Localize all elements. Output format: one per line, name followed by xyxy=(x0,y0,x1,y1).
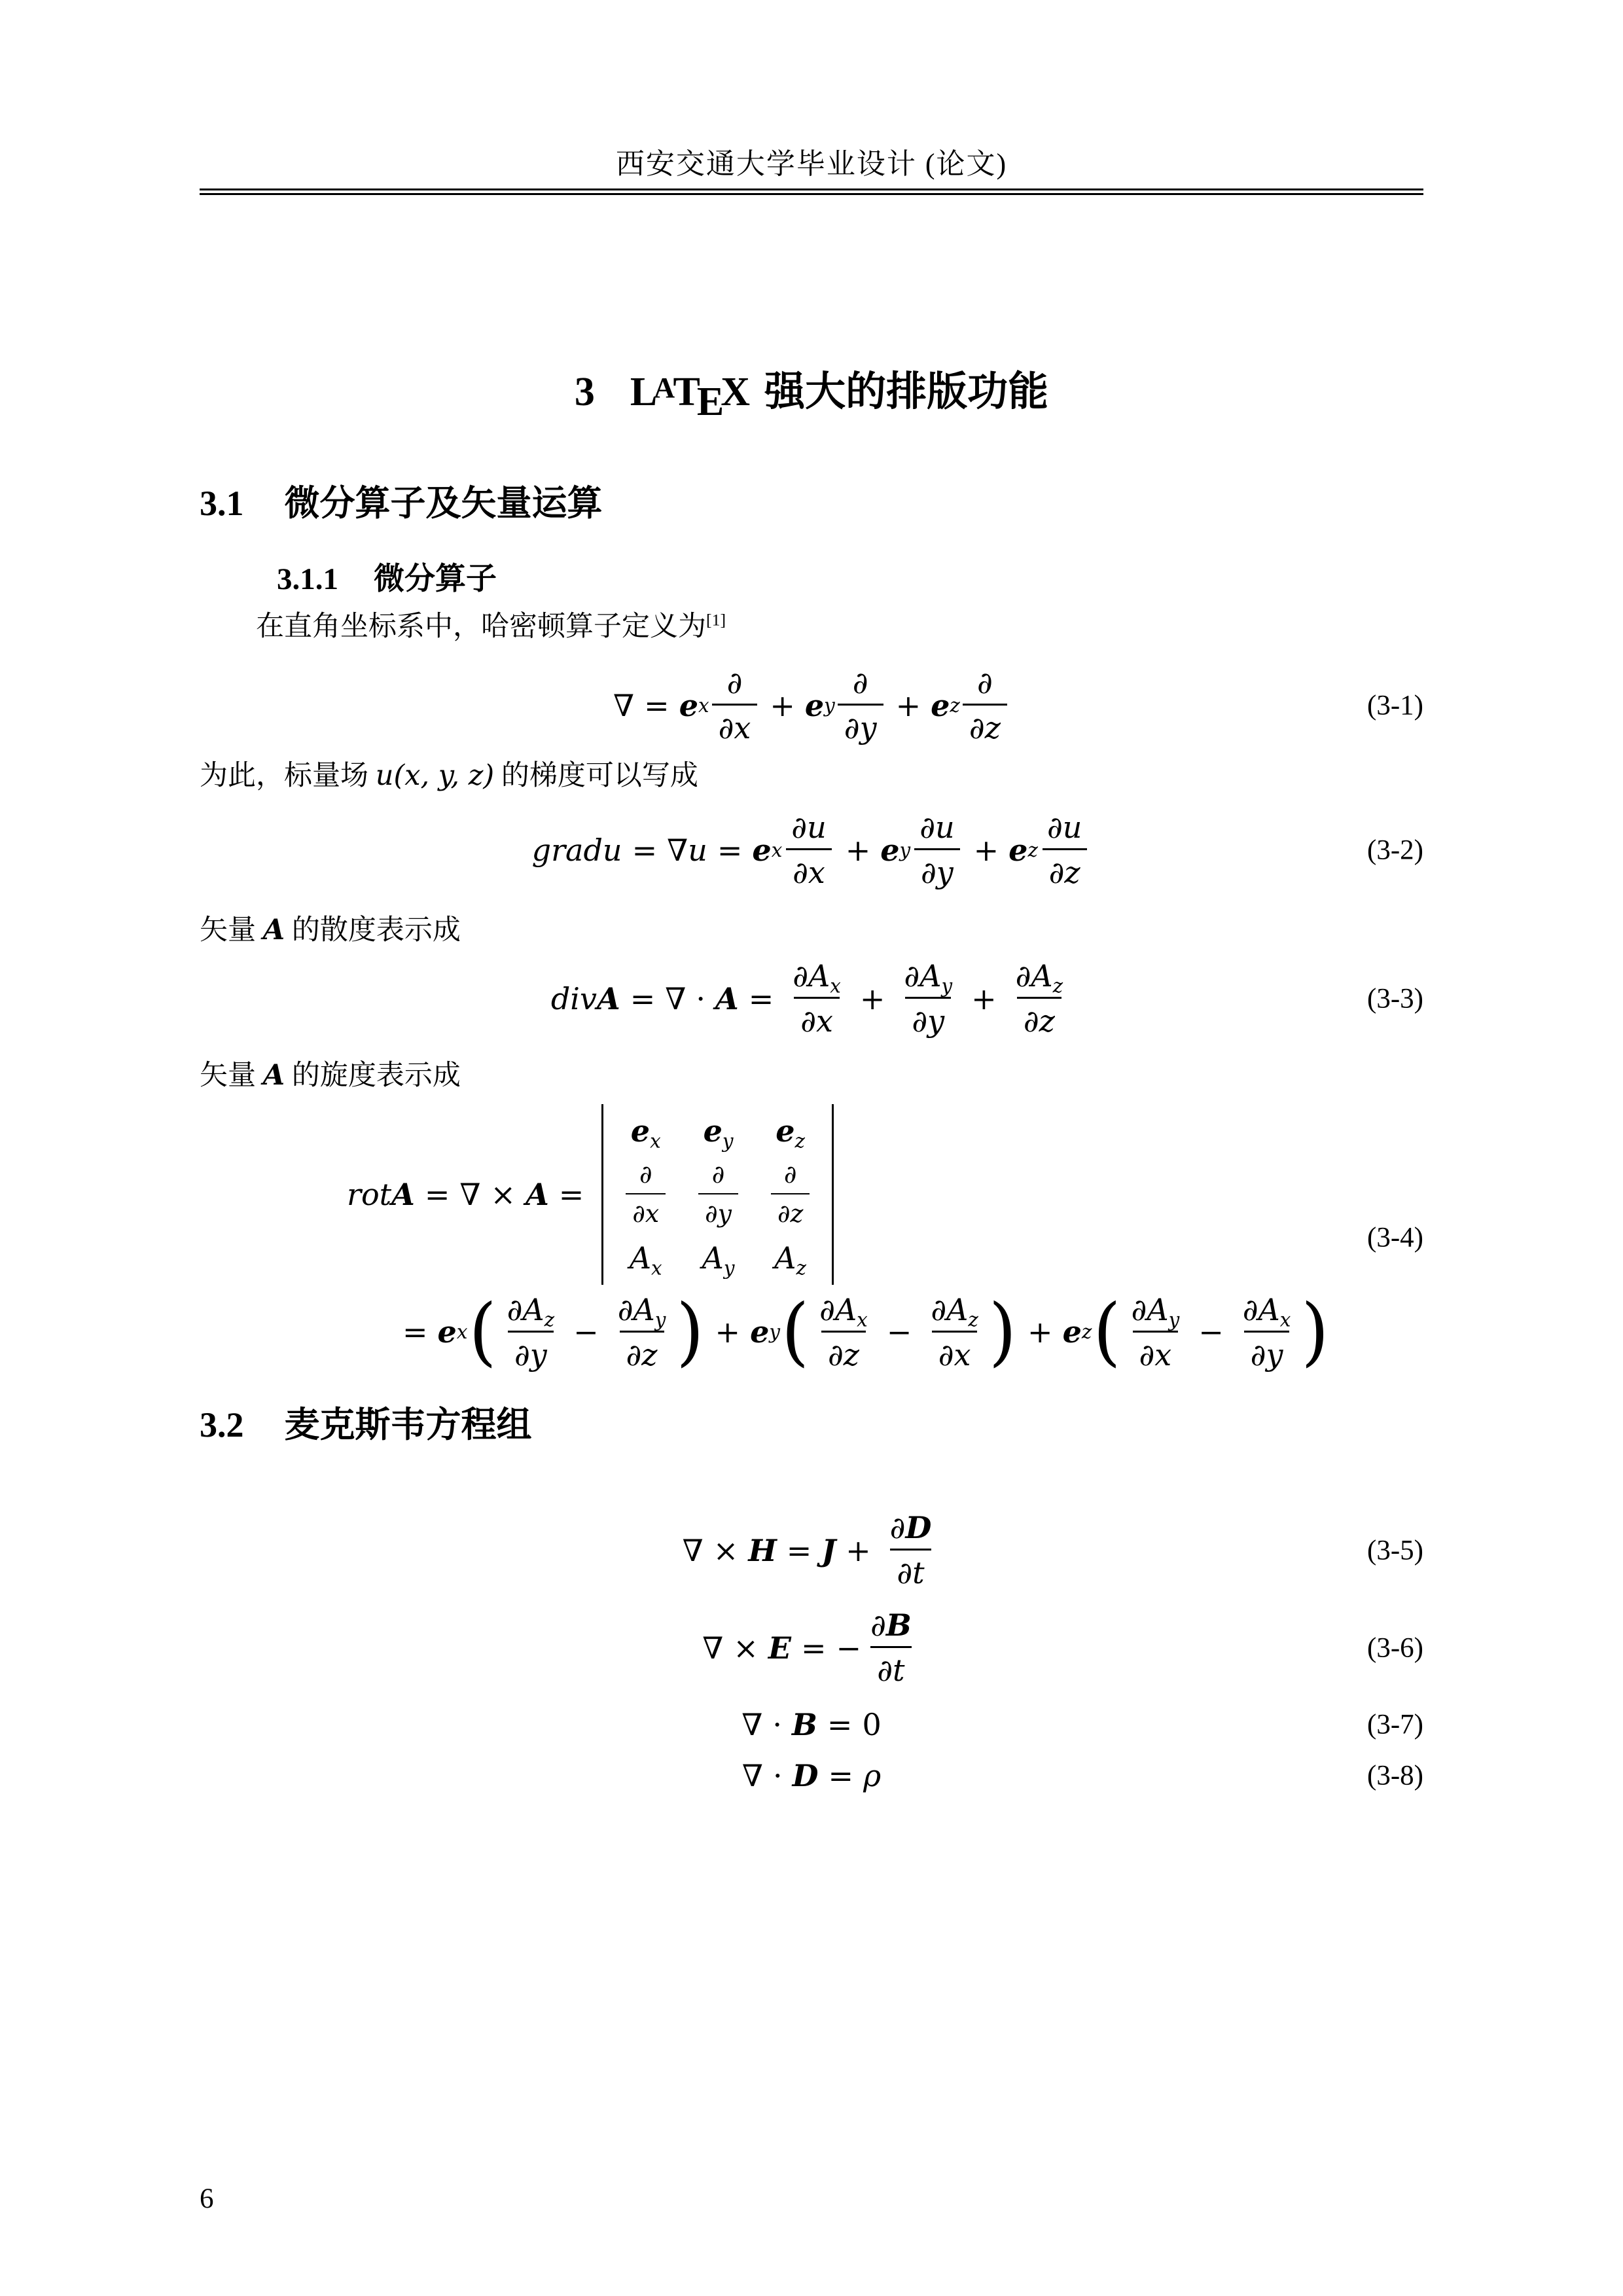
plus-sign: + xyxy=(961,981,1007,1016)
numerator: ∂D xyxy=(883,1512,938,1549)
header-double-rule xyxy=(200,188,1423,195)
div-operator: div xyxy=(551,981,597,1016)
numerator: ∂ xyxy=(971,667,999,704)
subscript: x xyxy=(650,1130,661,1153)
plus-sign: + xyxy=(760,688,805,723)
nabla-symbol: ∇ xyxy=(683,1533,704,1568)
paragraph-text: 的旋度表示成 xyxy=(285,1060,461,1091)
partial-A: ∂A xyxy=(618,1292,655,1327)
paragraph-text: 的散度表示成 xyxy=(285,915,461,946)
fraction: ∂B∂t xyxy=(864,1609,918,1687)
fraction: ∂u∂z xyxy=(1041,812,1088,889)
denominator: ∂z xyxy=(1017,997,1061,1037)
denominator: ∂x xyxy=(786,848,832,888)
cross-operator: × xyxy=(481,1177,526,1212)
latex-logo-letter: A xyxy=(654,371,675,404)
matrix-cell: ez xyxy=(776,1113,805,1149)
determinant-matrix: ex ey ez ∂∂x ∂∂y ∂∂z Ax Ay Az xyxy=(601,1104,834,1284)
fraction: ∂∂z xyxy=(963,667,1007,744)
nabla-u: ∇u xyxy=(667,833,707,868)
numerator: ∂ xyxy=(705,1162,732,1193)
plus-sign: + xyxy=(1018,1314,1063,1350)
equals-sign: = xyxy=(791,1630,836,1666)
denominator: ∂t xyxy=(890,1549,931,1588)
subscript: x xyxy=(857,1308,868,1331)
fraction: ∂Ax∂z xyxy=(813,1294,874,1371)
vector-e: e xyxy=(776,1113,794,1149)
subsection-number: 3.1.1 xyxy=(277,562,338,596)
denominator: ∂x xyxy=(932,1331,978,1371)
equation-3-8: ∇·D=ρ (3-8) xyxy=(200,1755,1423,1797)
nabla-symbol: ∇ xyxy=(702,1630,723,1666)
fraction: ∂Ax∂y xyxy=(1236,1294,1298,1371)
subscript: y xyxy=(724,1257,735,1279)
paragraph-text: 为此，标量场 xyxy=(200,761,376,791)
vector-J: J xyxy=(821,1533,836,1568)
matrix-cell-fraction: ∂∂y xyxy=(698,1162,738,1227)
section-3-1-heading: 3.1微分算子及矢量运算 xyxy=(200,475,1423,526)
matrix-cell: ex xyxy=(631,1113,661,1149)
denominator: ∂z xyxy=(771,1193,810,1227)
matrix-cell: Ay xyxy=(702,1240,735,1276)
vector-e: e xyxy=(931,688,950,723)
equation-number: (3-3) xyxy=(1367,982,1423,1014)
denominator: ∂z xyxy=(963,704,1007,744)
fraction: ∂Az∂y xyxy=(501,1294,562,1371)
equation-3-3: divA=∇·A=∂Ax∂x+∂Ay∂y+∂Az∂z (3-3) xyxy=(200,953,1423,1045)
fraction: ∂u∂y xyxy=(913,812,961,889)
equation-number: (3-5) xyxy=(1367,1534,1423,1566)
equation-number: (3-4) xyxy=(1367,1221,1423,1253)
numerator: ∂Az xyxy=(501,1294,562,1331)
equation-3-4-line-1: rotA=∇×A= ex ey ez ∂∂x ∂∂y ∂∂z Ax Ay Az xyxy=(347,1104,1423,1284)
plus-sign: + xyxy=(964,833,1009,868)
fraction: ∂Ay∂y xyxy=(897,960,959,1037)
vector-A: A xyxy=(715,981,739,1016)
equation-3-6: ∇×E=−∂B∂t (3-6) xyxy=(200,1604,1423,1692)
numerator: ∂Ax xyxy=(786,960,847,997)
equation-number: (3-8) xyxy=(1367,1760,1423,1792)
vector-A: A xyxy=(597,981,620,1016)
numerator: ∂Az xyxy=(924,1294,985,1331)
subsection-3-1-1-heading: 3.1.1微分算子 xyxy=(277,554,1423,598)
partial-A: ∂A xyxy=(1243,1292,1280,1327)
partial-A: ∂A xyxy=(1016,958,1053,994)
vector-E: E xyxy=(768,1630,791,1666)
denominator: ∂z xyxy=(1043,848,1087,888)
dot-operator: · xyxy=(686,981,715,1016)
matrix-cell: ey xyxy=(704,1113,734,1149)
fraction: ∂u∂x xyxy=(785,812,832,889)
vector-e: e xyxy=(704,1113,722,1149)
equation-3-4: rotA=∇×A= ex ey ez ∂∂x ∂∂y ∂∂z Ax Ay Az … xyxy=(200,1104,1423,1371)
fraction: ∂∂y xyxy=(838,667,883,744)
subsection-title: 微分算子 xyxy=(374,562,497,596)
equation-3-4-line-2: =ex(∂Az∂y−∂Ay∂z)+ey(∂Ax∂z−∂Az∂x)+ez(∂Ay∂… xyxy=(393,1294,1423,1371)
latex-logo-letter: X xyxy=(721,370,750,414)
vector-e: e xyxy=(805,688,824,723)
vector-D: D xyxy=(793,1758,819,1793)
denominator: ∂z xyxy=(821,1331,866,1371)
nabla-symbol: ∇ xyxy=(665,981,686,1016)
equals-sign: = xyxy=(817,1707,863,1742)
equation-3-7: ∇·B=0 (3-7) xyxy=(200,1704,1423,1746)
equals-sign: = xyxy=(393,1314,438,1350)
numerator: ∂Ax xyxy=(1236,1294,1298,1331)
subscript: z xyxy=(968,1308,978,1331)
page-number: 6 xyxy=(200,2183,214,2215)
minus-sign: − xyxy=(1188,1314,1234,1350)
partial-symbol: ∂ xyxy=(890,1510,906,1545)
equation-3-1: ∇=ex∂∂x+ey∂∂y+ez∂∂z (3-1) xyxy=(200,660,1423,751)
cross-operator: × xyxy=(704,1533,749,1568)
equals-sign: = xyxy=(415,1177,460,1212)
subscript: z xyxy=(1053,975,1063,997)
plus-sign: + xyxy=(836,833,881,868)
subscript: z xyxy=(795,1130,806,1153)
numerator: ∂Ay xyxy=(611,1294,673,1331)
vector-e: e xyxy=(679,688,698,723)
fraction: ∂Ay∂x xyxy=(1125,1294,1186,1371)
vector-e: e xyxy=(631,1113,650,1149)
denominator: ∂y xyxy=(838,704,883,744)
denominator: ∂y xyxy=(914,848,960,888)
section-3-2-heading: 3.2麦克斯韦方程组 xyxy=(200,1397,1423,1447)
subscript: y xyxy=(1169,1308,1180,1331)
paragraph-curl-intro: 矢量 A 的旋度表示成 xyxy=(200,1058,1423,1094)
vector-D: D xyxy=(905,1510,931,1545)
equals-sign: = xyxy=(777,1533,822,1568)
citation-marker: [1] xyxy=(706,611,726,630)
partial-A: ∂A xyxy=(507,1292,544,1327)
component-A: A xyxy=(702,1240,724,1276)
fraction: ∂Az∂x xyxy=(924,1294,985,1371)
paragraph-divergence-intro: 矢量 A 的散度表示成 xyxy=(200,912,1423,949)
equation-3-5: ∇×H=J+∂D∂t (3-5) xyxy=(200,1506,1423,1594)
equals-sign: = xyxy=(819,1758,864,1793)
dot-operator: · xyxy=(763,1758,793,1793)
section-title: 麦克斯韦方程组 xyxy=(285,1405,532,1444)
vector-e: e xyxy=(750,1314,769,1350)
subscript: y xyxy=(722,1130,734,1153)
grad-operator: gradu xyxy=(532,833,622,868)
paragraph-text: 在直角坐标系中，哈密顿算子定义为 xyxy=(256,611,706,642)
numerator: ∂B xyxy=(864,1609,918,1646)
vector-A: A xyxy=(391,1177,415,1212)
matrix-cell: Ax xyxy=(630,1240,662,1276)
denominator: ∂z xyxy=(620,1331,664,1371)
cross-operator: × xyxy=(723,1630,768,1666)
partial-symbol: ∂ xyxy=(870,1607,886,1643)
rot-operator: rot xyxy=(347,1177,391,1212)
nabla-symbol: ∇ xyxy=(613,688,634,723)
vector-e: e xyxy=(752,833,771,868)
matrix-cell-fraction: ∂∂x xyxy=(626,1162,666,1227)
numerator: ∂Ay xyxy=(1125,1294,1186,1331)
numerator: ∂Ax xyxy=(813,1294,874,1331)
paragraph-text: 矢量 xyxy=(200,915,263,946)
chapter-heading: 3LATEX强大的排版功能 xyxy=(200,359,1423,425)
inline-math-vector-A: A xyxy=(263,914,285,946)
latex-logo-letter: T xyxy=(673,370,700,414)
fraction: ∂Ax∂x xyxy=(786,960,847,1037)
plus-sign: + xyxy=(836,1533,881,1568)
partial-A: ∂A xyxy=(793,958,830,994)
nabla-symbol: ∇ xyxy=(742,1758,763,1793)
equals-sign: = xyxy=(634,688,679,723)
nabla-symbol: ∇ xyxy=(459,1177,480,1212)
denominator: ∂t xyxy=(870,1646,911,1686)
section-title: 微分算子及矢量运算 xyxy=(285,484,603,523)
equation-3-2: gradu=∇u=ex∂u∂x+ey∂u∂y+ez∂u∂z (3-2) xyxy=(200,801,1423,899)
numerator: ∂ xyxy=(721,667,749,704)
denominator: ∂y xyxy=(1244,1331,1290,1371)
subscript: z xyxy=(544,1308,555,1331)
equation-number: (3-1) xyxy=(1367,689,1423,721)
paragraph-text: 矢量 xyxy=(200,1060,263,1091)
vector-e: e xyxy=(880,833,899,868)
paragraph-hamilton-intro: 在直角坐标系中，哈密顿算子定义为[1] xyxy=(200,609,1423,645)
rho-symbol: ρ xyxy=(863,1758,881,1793)
denominator: ∂y xyxy=(905,997,951,1037)
plus-sign: + xyxy=(886,688,931,723)
section-number: 3.1 xyxy=(200,484,244,523)
component-A: A xyxy=(630,1240,651,1276)
component-A: A xyxy=(774,1240,796,1276)
section-number: 3.2 xyxy=(200,1405,244,1444)
fraction: ∂D∂t xyxy=(883,1512,938,1589)
vector-B: B xyxy=(886,1607,912,1643)
vector-e: e xyxy=(438,1314,457,1350)
nabla-symbol: ∇ xyxy=(741,1707,762,1742)
denominator: ∂x xyxy=(626,1193,666,1227)
chapter-title-text: 强大的排版功能 xyxy=(764,370,1048,414)
equals-sign: = xyxy=(739,981,784,1016)
numerator: ∂u xyxy=(913,812,961,848)
denominator: ∂x xyxy=(794,997,840,1037)
minus-sign: − xyxy=(563,1314,609,1350)
dot-operator: · xyxy=(762,1707,792,1742)
numerator: ∂Az xyxy=(1009,960,1070,997)
partial-A: ∂A xyxy=(1132,1292,1169,1327)
document-page: 西安交通大学毕业设计 (论文) 3LATEX强大的排版功能 3.1微分算子及矢量… xyxy=(0,0,1623,2296)
equation-number: (3-2) xyxy=(1367,834,1423,866)
vector-e: e xyxy=(1063,1314,1082,1350)
equals-sign: = xyxy=(620,981,666,1016)
inline-math: u(x, y, z) xyxy=(376,759,494,792)
numerator: ∂u xyxy=(1041,812,1088,848)
denominator: ∂x xyxy=(1133,1331,1179,1371)
matrix-cell-fraction: ∂∂z xyxy=(771,1162,810,1227)
fraction: ∂Ay∂z xyxy=(611,1294,673,1371)
numerator: ∂ xyxy=(846,667,875,704)
subscript: z xyxy=(796,1257,807,1279)
chapter-number: 3 xyxy=(575,370,595,414)
subscript: y xyxy=(941,975,952,997)
zero-value: 0 xyxy=(862,1707,881,1742)
plus-sign: + xyxy=(705,1314,751,1350)
vector-A: A xyxy=(526,1177,549,1212)
latex-logo: LATEX xyxy=(630,370,750,414)
partial-A: ∂A xyxy=(819,1292,857,1327)
equals-sign: = xyxy=(549,1177,594,1212)
numerator: ∂ xyxy=(777,1162,804,1193)
numerator: ∂ xyxy=(633,1162,659,1193)
equals-sign: = xyxy=(707,833,753,868)
denominator: ∂y xyxy=(508,1331,554,1371)
subscript: x xyxy=(830,975,841,997)
fraction: ∂Az∂z xyxy=(1009,960,1070,1037)
subscript: y xyxy=(655,1308,666,1331)
page-header-title: 西安交通大学毕业设计 (论文) xyxy=(200,0,1423,182)
paragraph-gradient-intro: 为此，标量场 u(x, y, z) 的梯度可以写成 xyxy=(200,758,1423,795)
denominator: ∂x xyxy=(712,704,758,744)
matrix-cell: Az xyxy=(774,1240,806,1276)
subscript: x xyxy=(1280,1308,1291,1331)
minus-sign: − xyxy=(836,1630,862,1666)
fraction: ∂∂x xyxy=(712,667,758,744)
numerator: ∂u xyxy=(785,812,832,848)
partial-A: ∂A xyxy=(931,1292,968,1327)
partial-A: ∂A xyxy=(904,958,941,994)
inline-math-vector-A: A xyxy=(263,1059,285,1092)
vector-e: e xyxy=(1008,833,1027,868)
minus-sign: − xyxy=(877,1314,922,1350)
vector-H: H xyxy=(748,1533,776,1568)
plus-sign: + xyxy=(850,981,895,1016)
numerator: ∂Ay xyxy=(897,960,959,997)
paragraph-text: 的梯度可以写成 xyxy=(494,761,698,791)
equals-sign: = xyxy=(622,833,668,868)
subscript: x xyxy=(651,1257,662,1279)
equation-number: (3-6) xyxy=(1367,1632,1423,1664)
equation-number: (3-7) xyxy=(1367,1709,1423,1741)
vector-B: B xyxy=(792,1707,817,1742)
denominator: ∂y xyxy=(698,1193,738,1227)
